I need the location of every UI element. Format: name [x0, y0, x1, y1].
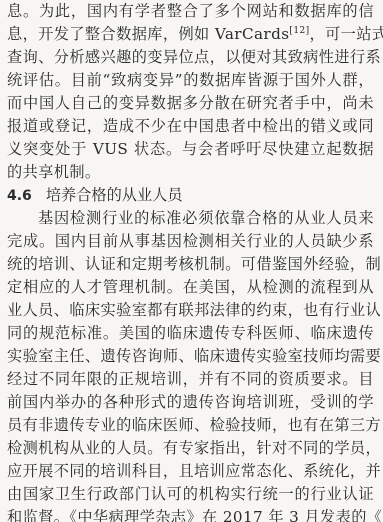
text-line: 定相应的人才管理机制。在美国，从检测的流程到从: [7, 276, 374, 298]
text-fragment: ，可一站式地: [309, 25, 383, 43]
text-fragment: 息，开发了整合数据库，例如 VarCards: [7, 25, 289, 43]
text-line: 实验室主任、遗传咨询师、临床遗传实验室技师均需要: [7, 345, 374, 367]
article-page: 息。为此，国内有学者整合了多个网站和数据库的信 息，开发了整合数据库，例如 Va…: [0, 0, 383, 522]
text-line: 应开展不同的培训科目，且培训应常态化、系统化，并: [7, 460, 374, 482]
section-heading: 4.6培养合格的从业人员: [7, 184, 183, 206]
text-line: 的共享机制。: [7, 161, 374, 183]
text-line: 业人员、临床实验室都有联邦法律的约束，也有行业认: [7, 299, 374, 321]
text-line: 义突变处于 VUS 状态。与会者呼吁尽快建立起数据: [7, 138, 374, 160]
text-line: 前国内举办的各种形式的遗传咨询培训班，受训的学: [7, 391, 374, 413]
text-line: 息。为此，国内有学者整合了多个网站和数据库的信: [7, 0, 374, 22]
text-line: 经过不同年限的正规培训，并有不同的资质要求。目: [7, 368, 374, 390]
text-line: 员有非遗传专业的临床医师、检验技师，也有在第三方: [7, 414, 374, 436]
citation-ref[interactable]: [12]: [289, 26, 309, 36]
text-line: 同的规范标准。美国的临床遗传专科医师、临床遗传: [7, 322, 374, 344]
text-line: 和监督。《中华病理学杂志》在 2017 年 3 月发表的《临: [7, 506, 374, 522]
text-line: 统的培训、认证和定期考核机制。可借鉴国外经验，制: [7, 253, 374, 275]
text-line: 息，开发了整合数据库，例如 VarCards[12]，可一站式地: [7, 23, 374, 45]
text-line: 完成。国内目前从事基因检测相关行业的人员缺少系: [7, 230, 374, 252]
text-line: 基因检测行业的标准必须依靠合格的从业人员来: [7, 207, 374, 229]
text-line: 检测机构从业的人员。有专家指出，针对不同的学员，: [7, 437, 374, 459]
section-number: 4.6: [7, 188, 32, 204]
text-line: 由国家卫生行政部门认可的机构实行统一的行业认证: [7, 483, 374, 505]
text-line: 而中国人自己的变异数据多分散在研究者手中，尚未: [7, 92, 374, 114]
text-line: 查询、分析感兴趣的变异位点，以便对其致病性进行系: [7, 46, 374, 68]
text-line: 报道或登记，造成不少在中国患者中检出的错义或同: [7, 115, 374, 137]
text-line: 统评估。目前“致病变异”的数据库皆源于国外人群，: [7, 69, 374, 91]
section-title: 培养合格的从业人员: [46, 186, 183, 204]
